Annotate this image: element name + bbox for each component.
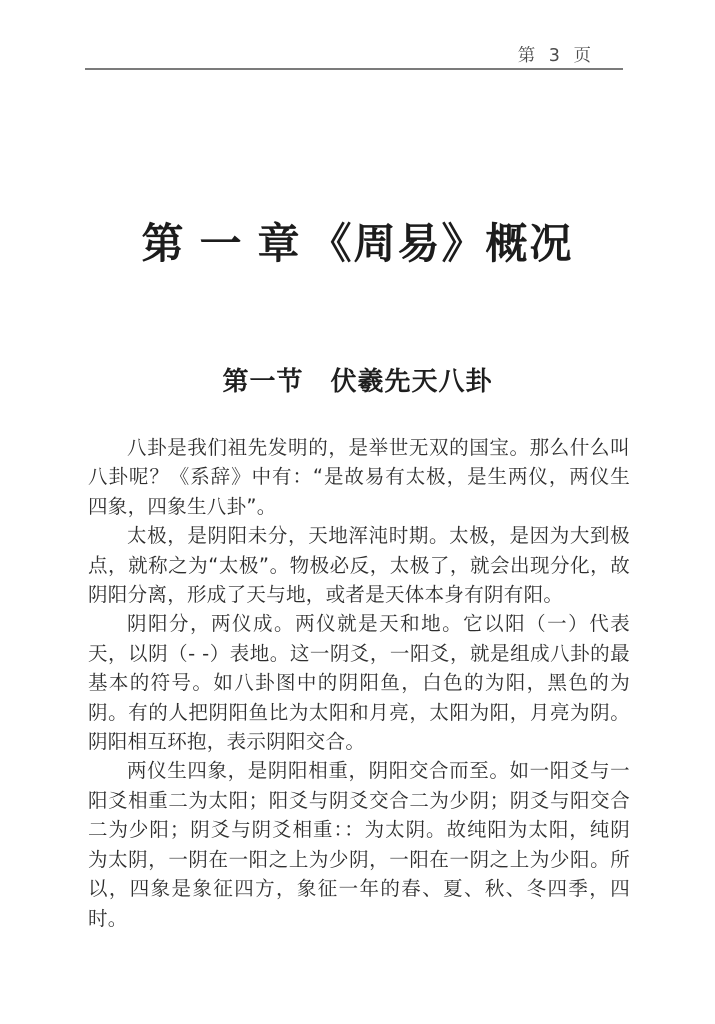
paragraph-1: 八卦是我们祖先发明的，是举世无双的国宝。那么什么叫八卦呢？《系辞》中有：“是故易… bbox=[88, 433, 630, 521]
chapter-title-name: 《周易》概况 bbox=[310, 219, 574, 268]
paragraph-2: 太极，是阴阳未分，天地浑沌时期。太极，是因为大到极点，就称之为“太极”。物极必反… bbox=[88, 521, 630, 609]
paragraph-3: 阴阳分，两仪成。两仪就是天和地。它以阳（一）代表天，以阴（- -）表地。这一阴爻… bbox=[88, 609, 630, 756]
page-number-label: 第 3 页 bbox=[518, 42, 595, 67]
header-rule bbox=[85, 68, 623, 70]
chapter-title: 第一章《周易》概况 bbox=[0, 218, 715, 271]
paragraph-4: 两仪生四象，是阴阳相重，阴阳交合而至。如一阳爻与一阳爻相重二为太阳；阳爻与阴爻交… bbox=[88, 756, 630, 932]
body-text: 八卦是我们祖先发明的，是举世无双的国宝。那么什么叫八卦呢？《系辞》中有：“是故易… bbox=[88, 433, 630, 933]
section-title: 第一节 伏羲先天八卦 bbox=[0, 366, 715, 399]
book-page: 第 3 页 第一章《周易》概况 第一节 伏羲先天八卦 八卦是我们祖先发明的，是举… bbox=[0, 0, 715, 1024]
chapter-title-number: 第一章 bbox=[141, 219, 315, 268]
